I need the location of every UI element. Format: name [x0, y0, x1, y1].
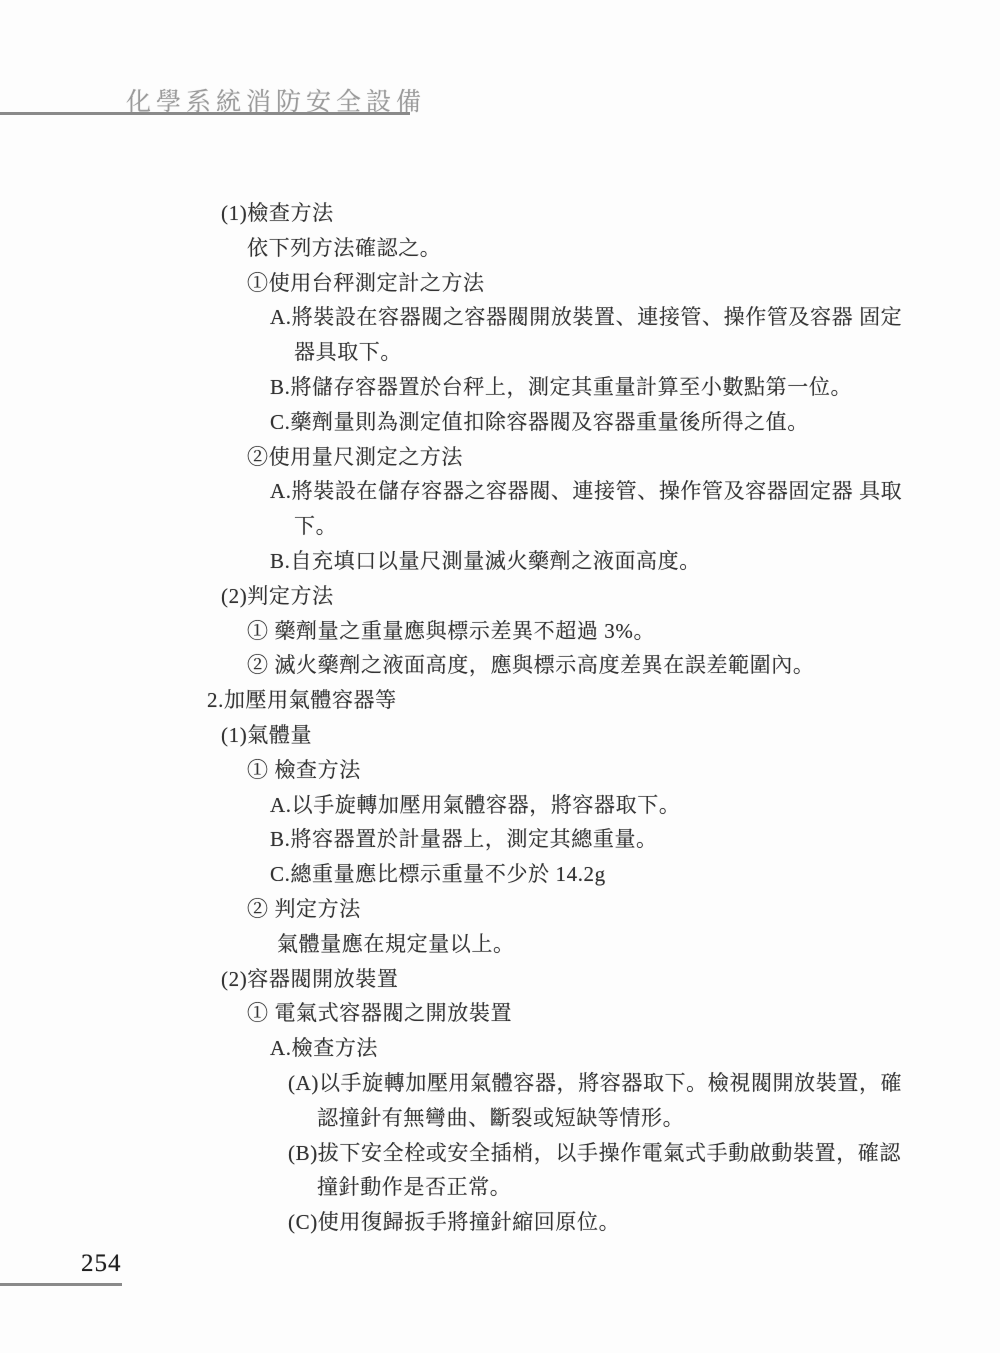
text-line: ② 判定方法 [0, 892, 1000, 927]
text-line: ②使用量尺測定之方法 [0, 440, 1000, 475]
text-line: B.將容器置於計量器上，測定其總重量。 [0, 822, 1000, 857]
text-line: ① 電氣式容器閥之開放裝置 [0, 996, 1000, 1031]
text-line: 撞針動作是否正常。 [0, 1170, 1000, 1205]
page-number: 254 [81, 1250, 122, 1278]
header-rule [0, 112, 410, 115]
text-line: A.檢查方法 [0, 1031, 1000, 1066]
text-line: B.自充填口以量尺測量滅火藥劑之液面高度。 [0, 544, 1000, 579]
text-line: (1)檢查方法 [0, 196, 1000, 231]
text-line: ① 檢查方法 [0, 753, 1000, 788]
text-line: 下。 [0, 509, 1000, 544]
text-line: A.以手旋轉加壓用氣體容器，將容器取下。 [0, 788, 1000, 823]
text-line: ② 滅火藥劑之液面高度，應與標示高度差異在誤差範圍內。 [0, 648, 1000, 683]
text-line: 氣體量應在規定量以上。 [0, 927, 1000, 962]
text-line: (2)容器閥開放裝置 [0, 962, 1000, 997]
text-line: C.藥劑量則為測定值扣除容器閥及容器重量後所得之值。 [0, 405, 1000, 440]
text-line: C.總重量應比標示重量不少於 14.2g [0, 857, 1000, 892]
footer-rule [0, 1283, 122, 1286]
text-line: (B)拔下安全栓或安全插梢，以手操作電氣式手動啟動裝置，確認 [0, 1136, 1000, 1171]
text-line: (1)氣體量 [0, 718, 1000, 753]
text-line: 器具取下。 [0, 335, 1000, 370]
text-line: (A)以手旋轉加壓用氣體容器，將容器取下。檢視閥開放裝置，確 [0, 1066, 1000, 1101]
text-line: A.將裝設在儲存容器之容器閥、連接管、操作管及容器固定器 具取 [0, 474, 1000, 509]
text-line: B.將儲存容器置於台秤上，測定其重量計算至小數點第一位。 [0, 370, 1000, 405]
text-line: ① 藥劑量之重量應與標示差異不超過 3%。 [0, 614, 1000, 649]
document-body: (1)檢查方法依下列方法確認之。①使用台秤測定計之方法A.將裝設在容器閥之容器閥… [0, 196, 1000, 1240]
text-line: A.將裝設在容器閥之容器閥開放裝置、連接管、操作管及容器 固定 [0, 300, 1000, 335]
text-line: (2)判定方法 [0, 579, 1000, 614]
text-line: ①使用台秤測定計之方法 [0, 266, 1000, 301]
text-line: 認撞針有無彎曲、斷裂或短缺等情形。 [0, 1101, 1000, 1136]
text-line: (C)使用復歸扳手將撞針縮回原位。 [0, 1205, 1000, 1240]
text-line: 2.加壓用氣體容器等 [0, 683, 1000, 718]
text-line: 依下列方法確認之。 [0, 231, 1000, 266]
